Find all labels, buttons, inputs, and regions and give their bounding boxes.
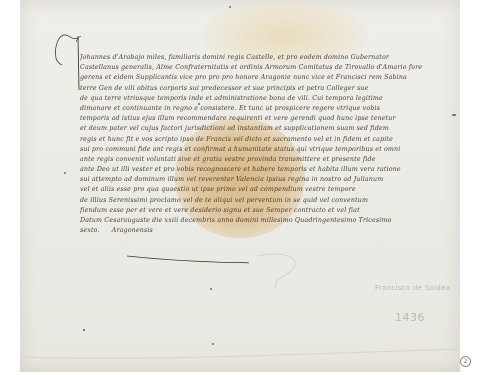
text-line: sui pro communi fide ant regis et confir… — [80, 145, 435, 155]
text-line: de illius Serenissimi proclamo vel de te… — [80, 196, 435, 206]
letter-body: Johannes d'Arabajo miles, familiaris dom… — [80, 53, 435, 236]
text-line: Johannes d'Arabajo miles, familiaris dom… — [80, 53, 435, 63]
ink-speck — [83, 329, 85, 331]
text-line: ante regis convenit voluntati sive et gr… — [80, 155, 435, 165]
text-line: sexto. Aragonensis — [80, 226, 200, 236]
text-line: fiendum esse per et vere et vere desider… — [80, 206, 435, 216]
text-line: dimanare et continuante in regno e consi… — [80, 104, 435, 114]
pencil-annotation: Francisco de Soldea — [375, 284, 450, 292]
ink-speck — [229, 6, 231, 8]
signature-flourish — [125, 253, 250, 267]
text-line: gerens et eidem Supplicantis vice pro pr… — [80, 73, 435, 83]
ink-speck — [452, 114, 456, 116]
pencil-year: 1436 — [395, 311, 425, 324]
text-line: terre Gen de vili obitus corporis sui pr… — [80, 84, 435, 94]
signature: Aragonensis — [112, 227, 153, 234]
folio-number: 2 — [460, 356, 471, 367]
text-line: sui attempto ad dominum illum vel revere… — [80, 175, 435, 185]
text-line: et deum pater vel cujus factori jurisdic… — [80, 124, 435, 134]
ink-speck — [198, 103, 200, 105]
text-line: ante Deo ut illi vester et pro vobis rec… — [80, 165, 435, 175]
text-line: Castellanus generalis, Alme Confraternit… — [80, 63, 435, 73]
ink-speck — [64, 172, 66, 174]
text-line: vel et aliis esse pro qua quaestio ut ip… — [80, 185, 435, 195]
text-line: de qua terre vtriusque temporis inde et … — [80, 94, 435, 104]
ink-speck — [212, 343, 214, 345]
paper-crease — [20, 345, 460, 365]
text-line: Datum Cesarauguste die xxiii decembris a… — [80, 216, 435, 226]
faint-show-through-stroke — [255, 250, 300, 290]
ink-speck — [210, 288, 212, 290]
text-line: regis et hunc fit e vos scripto ipso de … — [80, 135, 435, 145]
text-line: temporis ad istius ejus illum recommenda… — [80, 114, 435, 124]
closing-word: sexto. — [80, 227, 100, 234]
